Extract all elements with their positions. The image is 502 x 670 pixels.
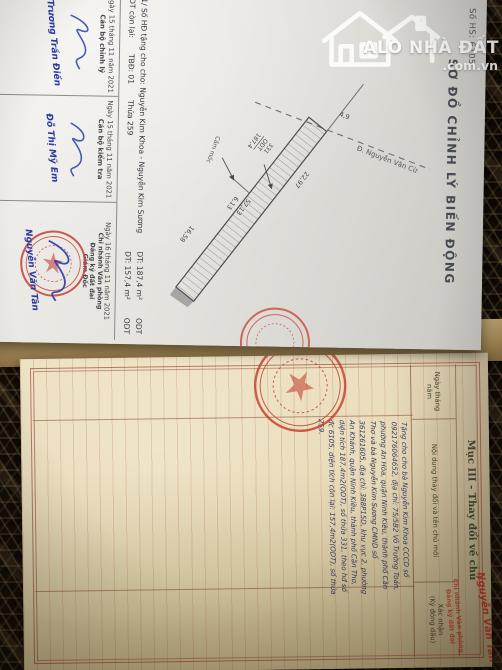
line2-mapsheet: TBĐ: 01 [126,54,136,84]
sheet-title: SƠ ĐỒ CHỈNH LÝ BIẾN ĐỘNG [441,0,461,350]
certificate-page: Mục III - Thay đổi về chủ Ngày tháng năm… [20,353,492,670]
line1-landtype: ODT [134,318,143,334]
dim-edge: 22,97 [293,170,311,190]
dim-back: 16,58 [178,224,196,244]
summary-line-1: 1/ Số HĐ tặng cho cho: Nguyễn Kim Khoa -… [134,0,149,338]
line1-text: 1/ Số HĐ tặng cho cho: Nguyễn Kim Khoa -… [136,0,149,233]
signer-name: Trương Trần Điền [44,0,63,95]
dim-front: 4,9 [338,110,351,121]
boundary-extension [327,84,364,133]
cadastral-sketch: Đ. Nguyễn Văn Cừ 4,9 22,97 57,13 16,58 6… [147,0,437,349]
sign-box-checker: Ngày 15 tháng 11 năm 2021 Cán bộ kiểm tr… [0,94,118,201]
signature-squiggle [62,117,93,182]
signer-name: Đỗ Thị Mỹ Em [42,96,61,201]
note-arrow [222,158,234,180]
handwritten-entry: Tặng cho cho bà Nguyễn Kim Khoa CCCD số … [315,419,411,599]
sign-box-director: Ngày 16 tháng 11 năm 2021 Chi nhánh Văn … [0,200,116,340]
confirm-header-line2: (Ký đóng dấu) [428,596,437,644]
sign-date: Ngày 15 tháng 11 năm 2021 [106,0,116,96]
column-header-content: Nội dung thay đổi và tên chủ mới [412,418,458,583]
column-header-date: Ngày tháng năm [411,364,456,419]
confirm-header-line1: Xác nhận [436,603,445,635]
line2-parcel: Thửa 259 [126,100,136,136]
line2-area: DT: 157,4 m² [123,251,133,300]
signature-row: Ngày 15 tháng 11 năm 2021 Cán bộ chỉnh l… [0,0,121,340]
sign-box-editor: Ngày 15 tháng 11 năm 2021 Cán bộ chỉnh l… [0,0,120,96]
survey-sheet-content: Số HS: 6105 SƠ ĐỒ CHỈNH LÝ BIẾN ĐỘNG Đ. … [0,0,487,350]
certificate-page-content: Mục III - Thay đổi về chủ Ngày tháng năm… [20,353,492,670]
line1-area: DT: 187,4 m² [135,251,145,300]
line2-landtype: ODT [122,318,131,334]
survey-sheet: Số HS: 6105 SƠ ĐỒ CHỈNH LÝ BIẾN ĐỘNG Đ. … [0,0,487,350]
signature-squiggle [42,235,77,306]
sign-date: Ngày 15 tháng 11 năm 2021 [104,97,114,202]
typed-summary: 1/ Số HĐ tặng cho cho: Nguyễn Kim Khoa -… [119,0,149,338]
parcel-label: 331 ODT 187,4 [246,131,275,160]
signature-squiggle [64,11,95,76]
edge-red-stamp [232,304,313,350]
file-number: Số HS: 6105 [466,8,477,65]
note-label: Cắm mốc [205,135,222,164]
line2-remaining: DT còn lại: [127,0,137,38]
street-label: Đ. Nguyễn Văn Cừ [356,144,420,176]
